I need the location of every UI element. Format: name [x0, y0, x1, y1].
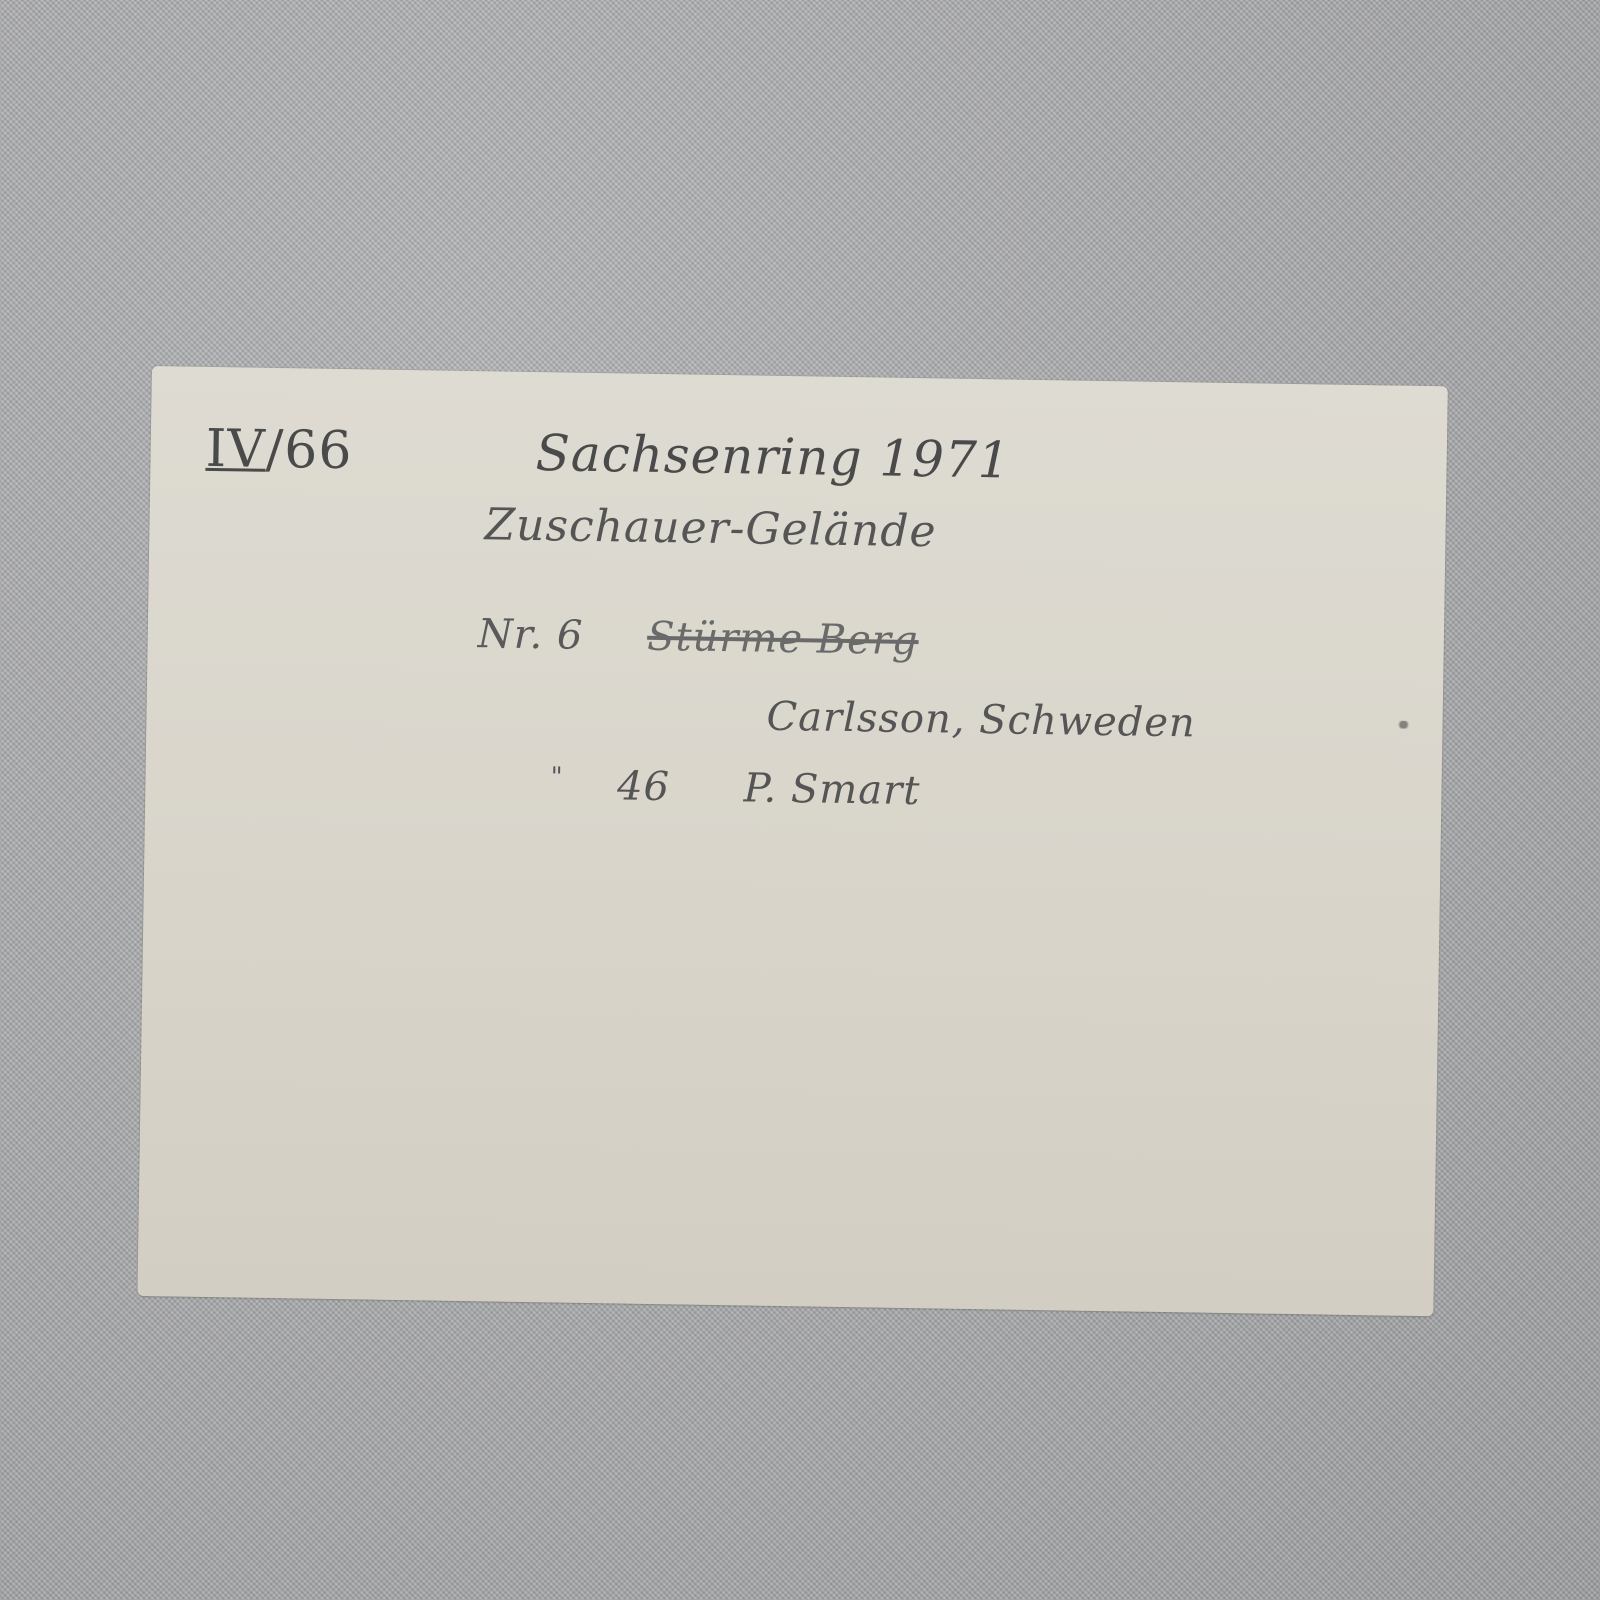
entry-number: 6: [557, 612, 584, 658]
reference-roman: IV: [205, 419, 266, 480]
entry-name: P. Smart: [743, 765, 920, 814]
struck-out-name: Stürme Berg: [647, 614, 919, 664]
archive-reference: IV/66: [205, 419, 353, 481]
entry-label: Nr.: [477, 611, 543, 658]
subject-note: Zuschauer-Gelände: [484, 499, 937, 557]
pencil-smudge: [1396, 721, 1410, 729]
ditto-mark: ": [550, 762, 563, 792]
photo-card-back: IV/66 Sachsenring 1971 Zuschauer-Gelände…: [137, 366, 1447, 1316]
entry-number: 46: [617, 763, 671, 810]
entry-line-2: " 46 P. Smart: [550, 762, 921, 814]
entry-line-1: Nr. 6 Stürme Berg: [477, 611, 918, 664]
reference-number: /66: [265, 420, 353, 481]
event-title: Sachsenring 1971: [535, 424, 1011, 489]
entry-line-1-name: Carlsson, Schweden: [766, 694, 1196, 747]
